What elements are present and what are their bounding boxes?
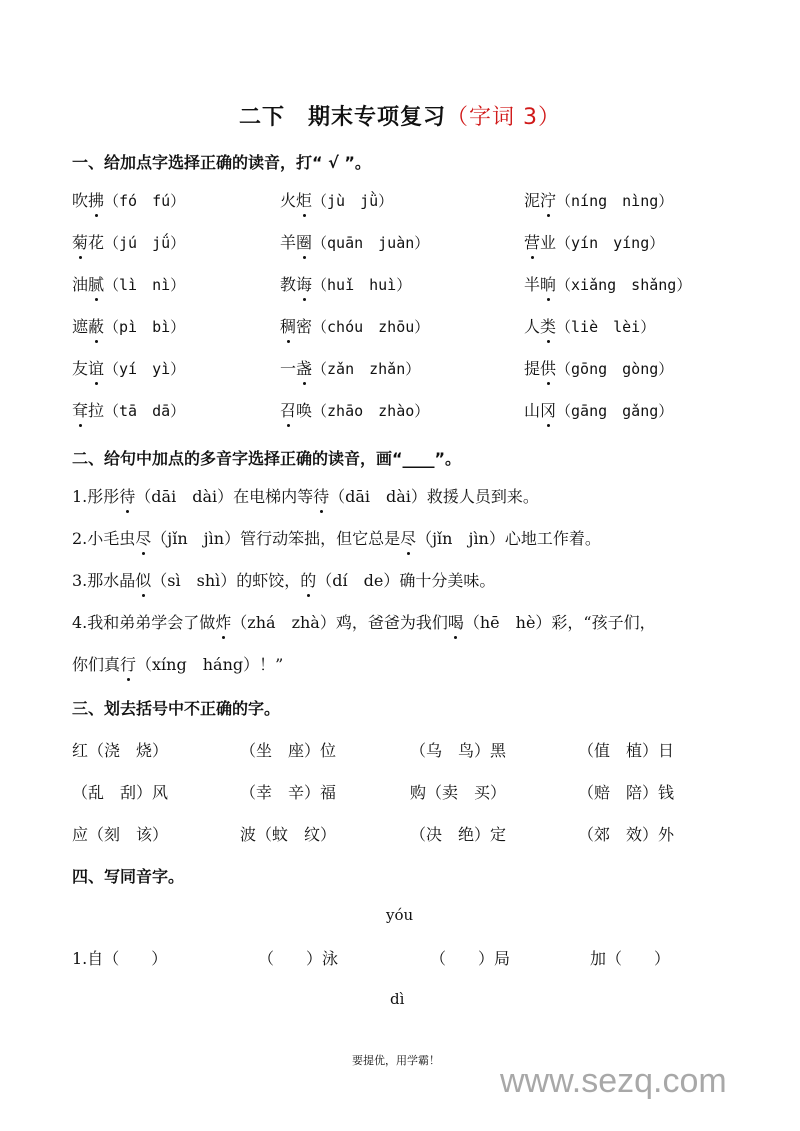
dotted-char: 冈 bbox=[540, 398, 556, 421]
word-char: 友 bbox=[72, 359, 88, 378]
dotted-char: 菊 bbox=[72, 230, 88, 253]
page-title: 二下 期末专项复习（字词 3） bbox=[0, 100, 800, 131]
dotted-char: 晌 bbox=[540, 272, 556, 295]
homophone-blank: （ ）局 bbox=[430, 946, 510, 969]
title-main: 二下 期末专项复习 bbox=[239, 105, 446, 130]
word-char: 山 bbox=[524, 401, 540, 420]
pinyin-options: （jú jǘ） bbox=[104, 234, 185, 252]
dotted-char: 尽 bbox=[400, 526, 416, 549]
sentence-text: （jǐn jìn）管行动笨拙，但它总是 bbox=[151, 529, 400, 548]
word-choice-item: （乱 刮）风 bbox=[72, 780, 168, 803]
dotted-char: 盏 bbox=[296, 356, 312, 379]
dotted-char: 蔽 bbox=[88, 314, 104, 337]
pinyin-options: （níng nìng） bbox=[556, 192, 673, 210]
word-char: 泥 bbox=[524, 191, 540, 210]
dotted-char: 似 bbox=[135, 568, 151, 591]
sentence-text: 4.我和弟弟学会了做 bbox=[72, 613, 215, 632]
word-char: 拉 bbox=[88, 401, 104, 420]
dotted-char: 腻 bbox=[88, 272, 104, 295]
pinyin-options: （chóu zhōu） bbox=[312, 318, 429, 336]
pinyin-options: （jù jǜ） bbox=[312, 192, 393, 210]
pinyin-options: （zǎn zhǎn） bbox=[312, 360, 420, 378]
word-char: 业 bbox=[540, 233, 556, 252]
pinyin-options: （gōng gòng） bbox=[556, 360, 673, 378]
section4-heading: 四、写同音字。 bbox=[72, 864, 184, 887]
word-char: 火 bbox=[280, 191, 296, 210]
word-char: 唤 bbox=[296, 401, 312, 420]
dotted-char: 喝 bbox=[448, 610, 464, 633]
word-choice-item: （郊 效）外 bbox=[578, 822, 674, 845]
dotted-char: 的 bbox=[300, 568, 316, 591]
pinyin-choice-item: 油腻（lì nì） bbox=[72, 272, 185, 295]
pinyin-choice-item: 一盏（zǎn zhǎn） bbox=[280, 356, 420, 379]
word-choice-item: 波（蚊 纹） bbox=[240, 822, 336, 845]
dotted-char: 稠 bbox=[280, 314, 296, 337]
word-char: 教 bbox=[280, 275, 296, 294]
word-choice-item: 购（卖 买） bbox=[410, 780, 506, 803]
dotted-char: 拂 bbox=[88, 188, 104, 211]
dotted-char: 泞 bbox=[540, 188, 556, 211]
sentence-text: 2.小毛虫 bbox=[72, 529, 135, 548]
word-char: 半 bbox=[524, 275, 540, 294]
word-char: 提 bbox=[524, 359, 540, 378]
section3-heading: 三、划去括号中不正确的字。 bbox=[72, 696, 280, 719]
word-char: 吹 bbox=[72, 191, 88, 210]
pinyin-options: （xiǎng shǎng） bbox=[556, 276, 691, 294]
sentence-text: （hē hè）彩，“孩子们， bbox=[464, 613, 656, 632]
pinyin-choice-item: 稠密（chóu zhōu） bbox=[280, 314, 429, 337]
dotted-char: 待 bbox=[119, 484, 135, 507]
dotted-char: 供 bbox=[540, 356, 556, 379]
dotted-char: 待 bbox=[313, 484, 329, 507]
pinyin-you: yóu bbox=[386, 906, 413, 924]
word-choice-item: 红（浇 烧） bbox=[72, 738, 168, 761]
homophone-blank: 1.自（ ） bbox=[72, 946, 167, 969]
dotted-char: 召 bbox=[280, 398, 296, 421]
pinyin-choice-item: 半晌（xiǎng shǎng） bbox=[524, 272, 691, 295]
word-char: 遮 bbox=[72, 317, 88, 336]
word-char: 花 bbox=[88, 233, 104, 252]
pinyin-options: （yí yì） bbox=[104, 360, 185, 378]
sentence-text: 你们真 bbox=[72, 655, 120, 674]
pinyin-choice-item: 教诲（huǐ huì） bbox=[280, 272, 411, 295]
pinyin-options: （gāng gǎng） bbox=[556, 402, 673, 420]
word-choice-item: （决 绝）定 bbox=[410, 822, 506, 845]
sentence-text: 3.那水晶 bbox=[72, 571, 135, 590]
homophone-blank: （ ）泳 bbox=[258, 946, 338, 969]
pinyin-choice-item: 羊圈（quān juàn） bbox=[280, 230, 429, 253]
section1-heading: 一、给加点字选择正确的读音，打“ √ ”。 bbox=[72, 150, 371, 173]
pinyin-choice-item: 提供（gōng gòng） bbox=[524, 356, 673, 379]
pinyin-choice-item: 泥泞（níng nìng） bbox=[524, 188, 673, 211]
sentence-line: 4.我和弟弟学会了做炸（zhá zhà）鸡，爸爸为我们喝（hē hè）彩，“孩子… bbox=[72, 610, 656, 633]
section2-heading: 二、给句中加点的多音字选择正确的读音，画“____”。 bbox=[72, 446, 461, 469]
pinyin-choice-item: 吹拂（fó fú） bbox=[72, 188, 185, 211]
word-choice-item: （幸 辛）福 bbox=[240, 780, 336, 803]
pinyin-choice-item: 火炬（jù jǜ） bbox=[280, 188, 393, 211]
word-choice-item: 应（刻 该） bbox=[72, 822, 168, 845]
word-choice-item: （赔 陪）钱 bbox=[578, 780, 674, 803]
pinyin-options: （tā dā） bbox=[104, 402, 185, 420]
sentence-text: （sì shì）的虾饺， bbox=[151, 571, 300, 590]
dotted-char: 类 bbox=[540, 314, 556, 337]
pinyin-options: （yín yíng） bbox=[556, 234, 664, 252]
dotted-char: 诲 bbox=[296, 272, 312, 295]
pinyin-choice-item: 菊花（jú jǘ） bbox=[72, 230, 185, 253]
pinyin-di: dì bbox=[390, 990, 404, 1008]
pinyin-choice-item: 人类（liè lèi） bbox=[524, 314, 655, 337]
word-char: 人 bbox=[524, 317, 540, 336]
pinyin-choice-item: 山冈（gāng gǎng） bbox=[524, 398, 673, 421]
pinyin-options: （liè lèi） bbox=[556, 318, 655, 336]
sentence-line: 2.小毛虫尽（jǐn jìn）管行动笨拙，但它总是尽（jǐn jìn）心地工作着… bbox=[72, 526, 601, 549]
sentence-line: 你们真行（xíng háng）！” bbox=[72, 652, 283, 675]
dotted-char: 营 bbox=[524, 230, 540, 253]
footer-slogan: 要提优，用学霸！ bbox=[352, 1052, 440, 1068]
sentence-text: 1.彤彤 bbox=[72, 487, 119, 506]
word-char: 羊 bbox=[280, 233, 296, 252]
title-highlight: （字词 3） bbox=[446, 105, 561, 130]
pinyin-options: （fó fú） bbox=[104, 192, 185, 210]
dotted-char: 尽 bbox=[135, 526, 151, 549]
dotted-char: 行 bbox=[120, 652, 136, 675]
sentence-text: （xíng háng）！” bbox=[136, 655, 283, 674]
dotted-char: 炸 bbox=[215, 610, 231, 633]
word-char: 油 bbox=[72, 275, 88, 294]
dotted-char: 谊 bbox=[88, 356, 104, 379]
pinyin-options: （zhāo zhào） bbox=[312, 402, 429, 420]
pinyin-choice-item: 耷拉（tā dā） bbox=[72, 398, 185, 421]
pinyin-choice-item: 友谊（yí yì） bbox=[72, 356, 185, 379]
word-choice-item: （值 植）日 bbox=[578, 738, 674, 761]
pinyin-choice-item: 遮蔽（pì bì） bbox=[72, 314, 185, 337]
sentence-line: 3.那水晶似（sì shì）的虾饺，的（dí de）确十分美味。 bbox=[72, 568, 495, 591]
word-choice-item: （乌 鸟）黑 bbox=[410, 738, 506, 761]
pinyin-options: （huǐ huì） bbox=[312, 276, 411, 294]
sentence-text: （dāi dài）在电梯内等 bbox=[135, 487, 313, 506]
sentence-text: （jǐn jìn）心地工作着。 bbox=[416, 529, 601, 548]
dotted-char: 圈 bbox=[296, 230, 312, 253]
pinyin-options: （quān juàn） bbox=[312, 234, 429, 252]
pinyin-choice-item: 营业（yín yíng） bbox=[524, 230, 664, 253]
sentence-line: 1.彤彤待（dāi dài）在电梯内等待（dāi dài）救援人员到来。 bbox=[72, 484, 539, 507]
homophone-blank: 加（ ） bbox=[590, 946, 670, 969]
pinyin-options: （pì bì） bbox=[104, 318, 185, 336]
sentence-text: （dāi dài）救援人员到来。 bbox=[329, 487, 539, 506]
word-char: 一 bbox=[280, 359, 296, 378]
word-char: 密 bbox=[296, 317, 312, 336]
pinyin-choice-item: 召唤（zhāo zhào） bbox=[280, 398, 429, 421]
dotted-char: 耷 bbox=[72, 398, 88, 421]
word-choice-item: （坐 座）位 bbox=[240, 738, 336, 761]
sentence-text: （zhá zhà）鸡，爸爸为我们 bbox=[231, 613, 448, 632]
sentence-text: （dí de）确十分美味。 bbox=[316, 571, 495, 590]
pinyin-options: （lì nì） bbox=[104, 276, 185, 294]
watermark: www.sezq.com bbox=[500, 1062, 727, 1101]
dotted-char: 炬 bbox=[296, 188, 312, 211]
